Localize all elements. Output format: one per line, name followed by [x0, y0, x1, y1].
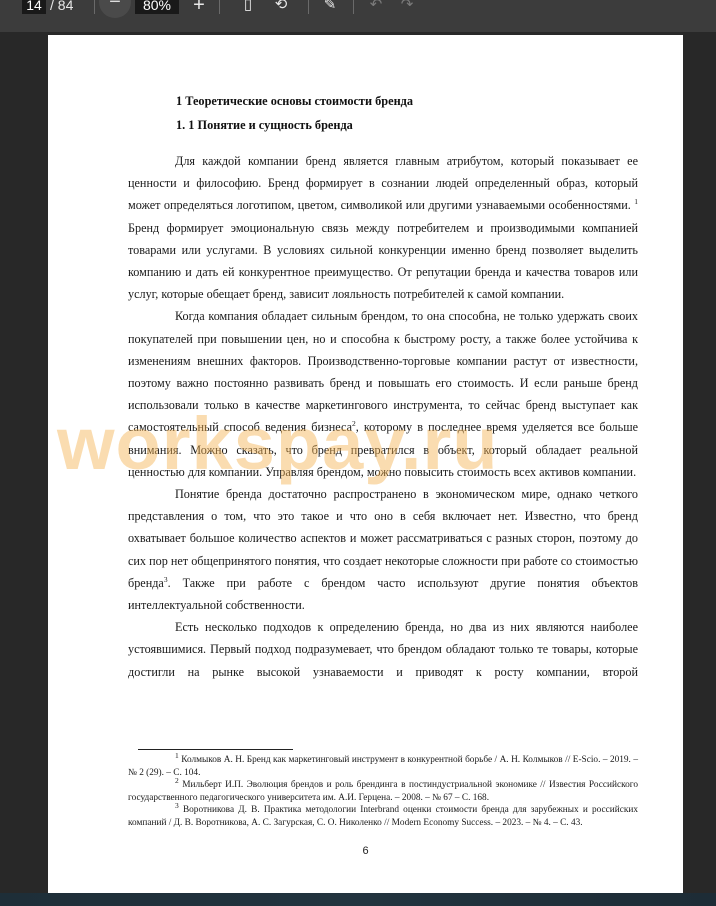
footnote-ref[interactable]: 1	[634, 197, 638, 206]
paragraph: Есть несколько подходов к определению бр…	[128, 616, 638, 683]
zoom-level-input[interactable]: 80%	[135, 0, 179, 14]
footnote-separator	[138, 749, 293, 750]
paragraph: Для каждой компании бренд является главн…	[128, 150, 638, 305]
undo-icon[interactable]: ↶	[367, 0, 385, 14]
footnote: 2 Мильберт И.П. Эволюция брендов и роль …	[128, 779, 638, 804]
footnote: 3 Воротникова Д. В. Практика методологии…	[128, 804, 638, 829]
page-number: 6	[48, 845, 683, 857]
section-heading: 1. 1 Понятие и сущность бренда	[176, 118, 353, 133]
draw-icon[interactable]: ✎	[321, 0, 339, 14]
paragraph: Понятие бренда достаточно распространено…	[128, 483, 638, 616]
divider	[219, 0, 220, 14]
rotate-icon[interactable]: ⟲	[272, 0, 290, 14]
chapter-heading: 1 Теоретические основы стоимости бренда	[176, 94, 413, 109]
body-text: Для каждой компании бренд является главн…	[128, 150, 638, 683]
paragraph: Когда компания обладает сильным брендом,…	[128, 305, 638, 483]
redo-icon[interactable]: ↷	[398, 0, 416, 14]
pdf-toolbar: 14 / 84 − 80% + ▯ ⟲ ✎ ↶ ↷	[0, 0, 716, 32]
zoom-in-button[interactable]: +	[190, 0, 208, 14]
taskbar-strip	[0, 893, 716, 906]
page-number-input[interactable]: 14	[22, 0, 46, 14]
document-page: 1 Теоретические основы стоимости бренда …	[48, 35, 683, 893]
divider	[353, 0, 354, 14]
divider	[308, 0, 309, 14]
fit-page-icon[interactable]: ▯	[239, 0, 257, 14]
footnotes: 1 Колмыков А. Н. Бренд как маркетинговый…	[128, 754, 638, 829]
footnote: 1 Колмыков А. Н. Бренд как маркетинговый…	[128, 754, 638, 779]
divider	[94, 0, 95, 14]
zoom-out-button[interactable]: −	[99, 0, 131, 18]
page-total: / 84	[50, 0, 73, 14]
